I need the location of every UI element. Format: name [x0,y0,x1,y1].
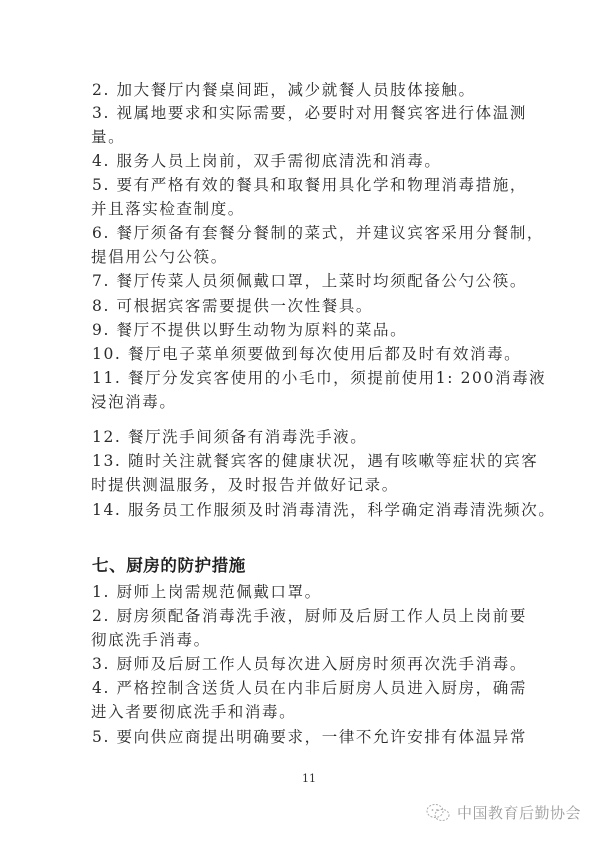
section-heading: 七、厨房的防护措施 [92,555,246,577]
list-item: 12. 餐厅洗手间须备有消毒洗手液。 [92,427,367,447]
list-item: 3. 视属地要求和实际需要，必要时对用餐宾客进行体温测 [92,103,527,123]
list-item-continuation: 彻底洗手消毒。 [91,630,211,650]
list-item: 4. 严格控制含送货人员在内非后厨房人员进入厨房，确需 [92,678,527,698]
list-item: 10. 餐厅电子菜单须要做到每次使用后都及时有效消毒。 [92,344,521,364]
list-item: 2. 厨房须配备消毒洗手液，厨师及后厨工作人员上岗前要 [92,606,527,626]
list-item: 5. 要有严格有效的餐具和取餐用具化学和物理消毒措施， [92,175,527,195]
list-item: 8. 可根据宾客需要提供一次性餐具。 [92,296,373,316]
list-item: 13. 随时关注就餐宾客的健康状况，遇有咳嗽等症状的宾客 [92,451,538,471]
list-item: 5. 要向供应商提出明确要求，一律不允许安排有体温异常 [92,727,527,747]
list-item: 14. 服务员工作服须及时消毒清洗，科学确定消毒清洗频次。 [92,500,555,520]
document-page: 2. 加大餐厅内餐桌间距，减少就餐人员肢体接触。3. 视属地要求和实际需要，必要… [0,0,600,847]
list-item-continuation: 量。 [91,127,125,147]
page-number: 11 [302,772,316,785]
list-item-continuation: 浸泡消毒。 [91,392,177,412]
list-item: 1. 厨师上岗需规范佩戴口罩。 [92,582,322,602]
list-item: 7. 餐厅传菜人员须佩戴口罩，上菜时均须配备公勺公筷。 [92,271,527,291]
wechat-icon [425,803,451,823]
list-item-continuation: 并且落实检查制度。 [91,199,245,219]
list-item-continuation: 提倡用公勺公筷。 [91,247,228,267]
list-item: 6. 餐厅须备有套餐分餐制的菜式，并建议宾客采用分餐制， [92,223,544,243]
list-item: 11. 餐厅分发宾客使用的小毛巾，须提前使用1: 200消毒液 [92,368,546,388]
watermark: 中国教育后勤协会 [425,802,581,823]
list-item-continuation: 进入者要彻底洗手和消毒。 [91,702,296,722]
list-item: 3. 厨师及后厨工作人员每次进入厨房时须再次洗手消毒。 [92,654,527,674]
list-item: 2. 加大餐厅内餐桌间距，减少就餐人员肢体接触。 [92,80,476,100]
list-item: 4. 服务人员上岗前，双手需彻底清洗和消毒。 [92,151,441,171]
list-item: 9. 餐厅不提供以野生动物为原料的菜品。 [92,320,407,340]
watermark-text: 中国教育后勤协会 [457,802,581,823]
list-item-continuation: 时提供测温服务，及时报告并做好记录。 [91,475,399,495]
